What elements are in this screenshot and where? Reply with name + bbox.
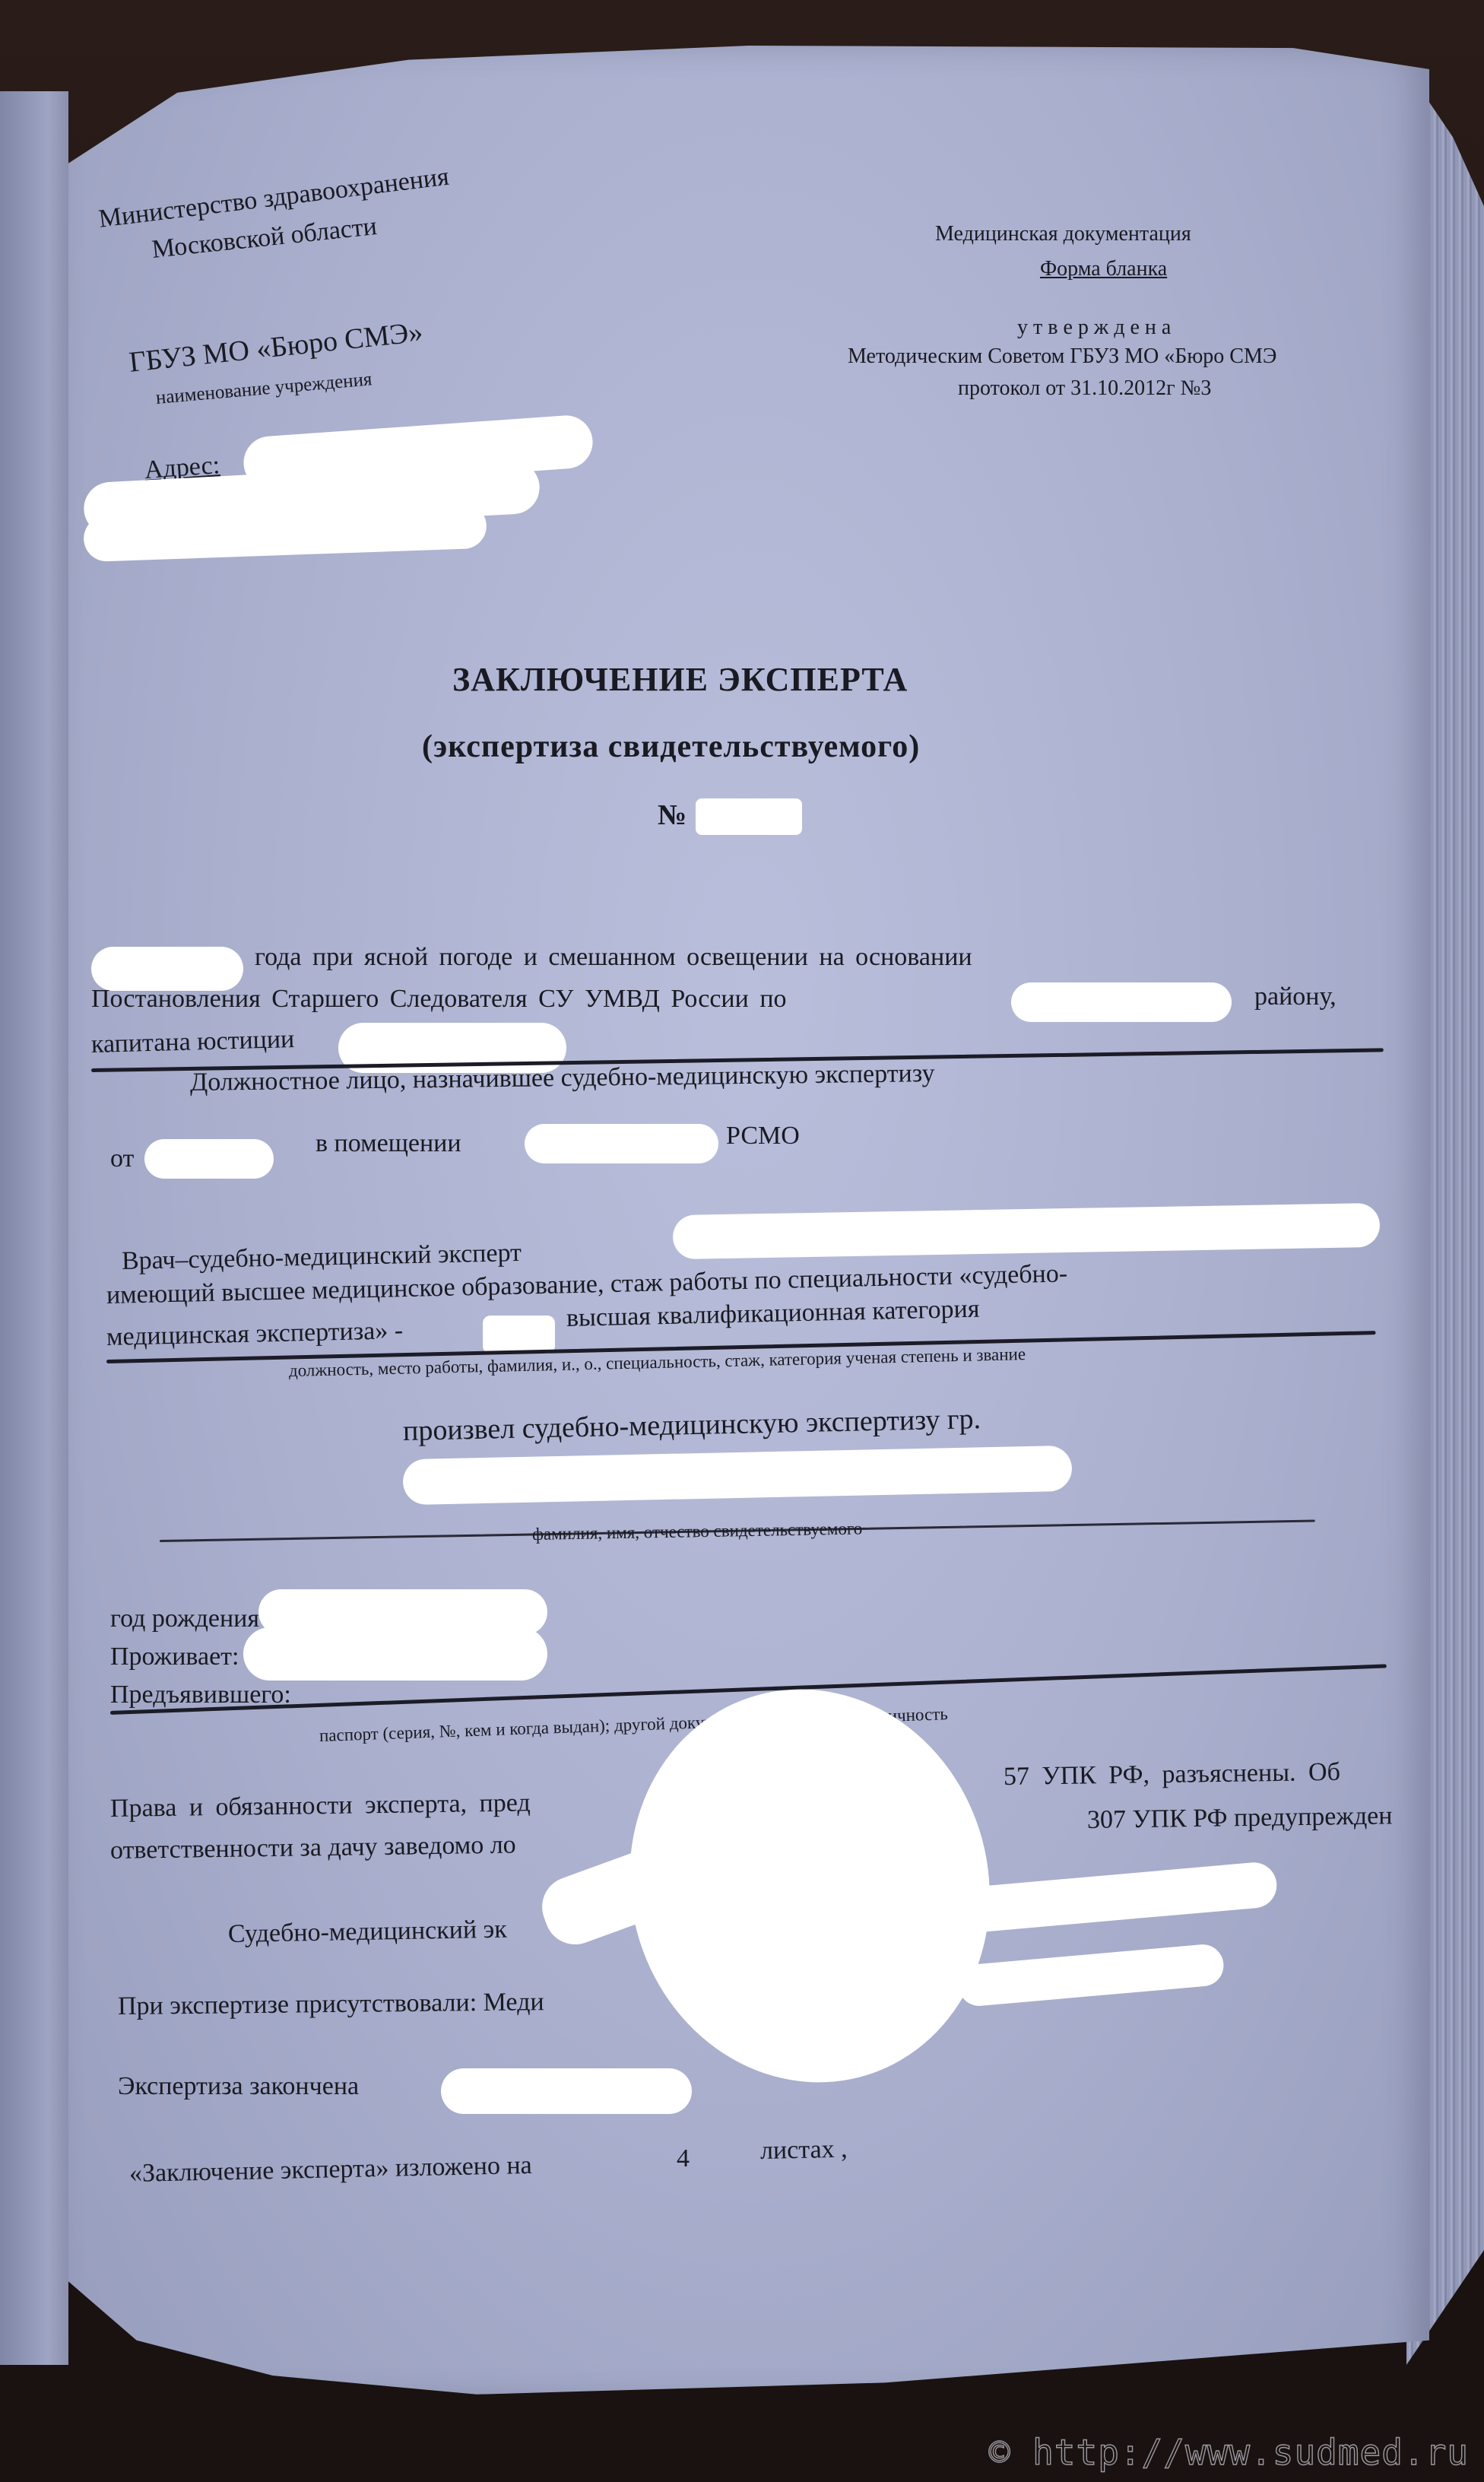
- sheets-count: 4: [677, 2144, 690, 2173]
- approval-council: Методическим Советом ГБУЗ МО «Бюро СМЭ: [848, 344, 1276, 369]
- finished-label: Экспертиза закончена: [118, 2072, 359, 2101]
- redaction-from-date: [144, 1139, 274, 1179]
- redaction-expert-name: [673, 1203, 1381, 1259]
- rights-line-1: Права и обязанности эксперта, пред: [110, 1788, 531, 1823]
- redaction-residence: [243, 1627, 547, 1681]
- medical-documentation-label: Медицинская документация: [935, 222, 1191, 246]
- expert-category: высшая квалификационная категория: [566, 1295, 980, 1333]
- redaction-finished-date: [441, 2068, 692, 2114]
- intro-line-1: года при ясной погоде и смешанном освеще…: [255, 943, 972, 972]
- signature-label: Судебно-медицинский эк: [228, 1915, 507, 1949]
- person-caption: фамилия, имя, отчество свидетельствуемог…: [532, 1519, 863, 1544]
- redaction-person-name: [402, 1446, 1072, 1505]
- redaction-district: [1011, 982, 1232, 1022]
- present-label: При экспертизе присутствовали: Меди: [118, 1988, 544, 2021]
- sheets-suffix: листах ,: [760, 2135, 848, 2166]
- performed-label: произвел судебно-медицинскую экспертизу …: [403, 1402, 981, 1448]
- previous-page-edge: [0, 91, 68, 2365]
- redaction-premises: [525, 1124, 718, 1163]
- rights-line-2-end: 307 УПК РФ предупрежден: [1087, 1801, 1393, 1835]
- redaction-attendees: [956, 1943, 1225, 2007]
- rights-line-1-end: 57 УПК РФ, разъяснены. Об: [1004, 1758, 1340, 1792]
- residence-label: Проживает:: [110, 1642, 239, 1671]
- expert-line-3: медицинская экспертиза» -: [106, 1316, 404, 1352]
- document-number-label: №: [658, 798, 687, 832]
- institution-caption: наименование учреждения: [155, 369, 373, 409]
- expert-label: Врач–судебно-медицинский эксперт: [122, 1239, 522, 1276]
- premises-suffix: РСМО: [726, 1122, 800, 1151]
- document-page: Министерство здравоохранения Московской …: [68, 46, 1429, 2399]
- premises-label: в помещении: [316, 1129, 461, 1158]
- birth-label: год рождения: [110, 1604, 259, 1633]
- document-title: ЗАКЛЮЧЕНИЕ ЭКСПЕРТА: [452, 660, 908, 699]
- redaction-number: [696, 798, 802, 835]
- intro-line-2: Постановления Старшего Следователя СУ УМ…: [91, 985, 787, 1014]
- copyright-watermark: © http://www.sudmed.ru: [989, 2432, 1469, 2473]
- intro-district-suffix: району,: [1254, 982, 1337, 1011]
- document-subtitle: (экспертиза свидетельствуемого): [422, 728, 920, 765]
- intro-line-3: капитана юстиции: [91, 1025, 295, 1059]
- redaction-signature: [956, 1861, 1279, 1934]
- rights-line-2: ответственности за дачу заведомо ло: [110, 1831, 516, 1865]
- from-label: от: [110, 1144, 134, 1173]
- institution-name: ГБУЗ МО «Бюро СМЭ»: [128, 316, 425, 379]
- sheets-prefix: «Заключение эксперта» изложено на: [129, 2151, 532, 2188]
- approved-label: у т в е р ж д е н а: [1017, 316, 1171, 340]
- redaction-experience: [483, 1316, 555, 1354]
- form-label: Форма бланка: [1040, 257, 1167, 281]
- approval-protocol: протокол от 31.10.2012г №3: [958, 376, 1211, 401]
